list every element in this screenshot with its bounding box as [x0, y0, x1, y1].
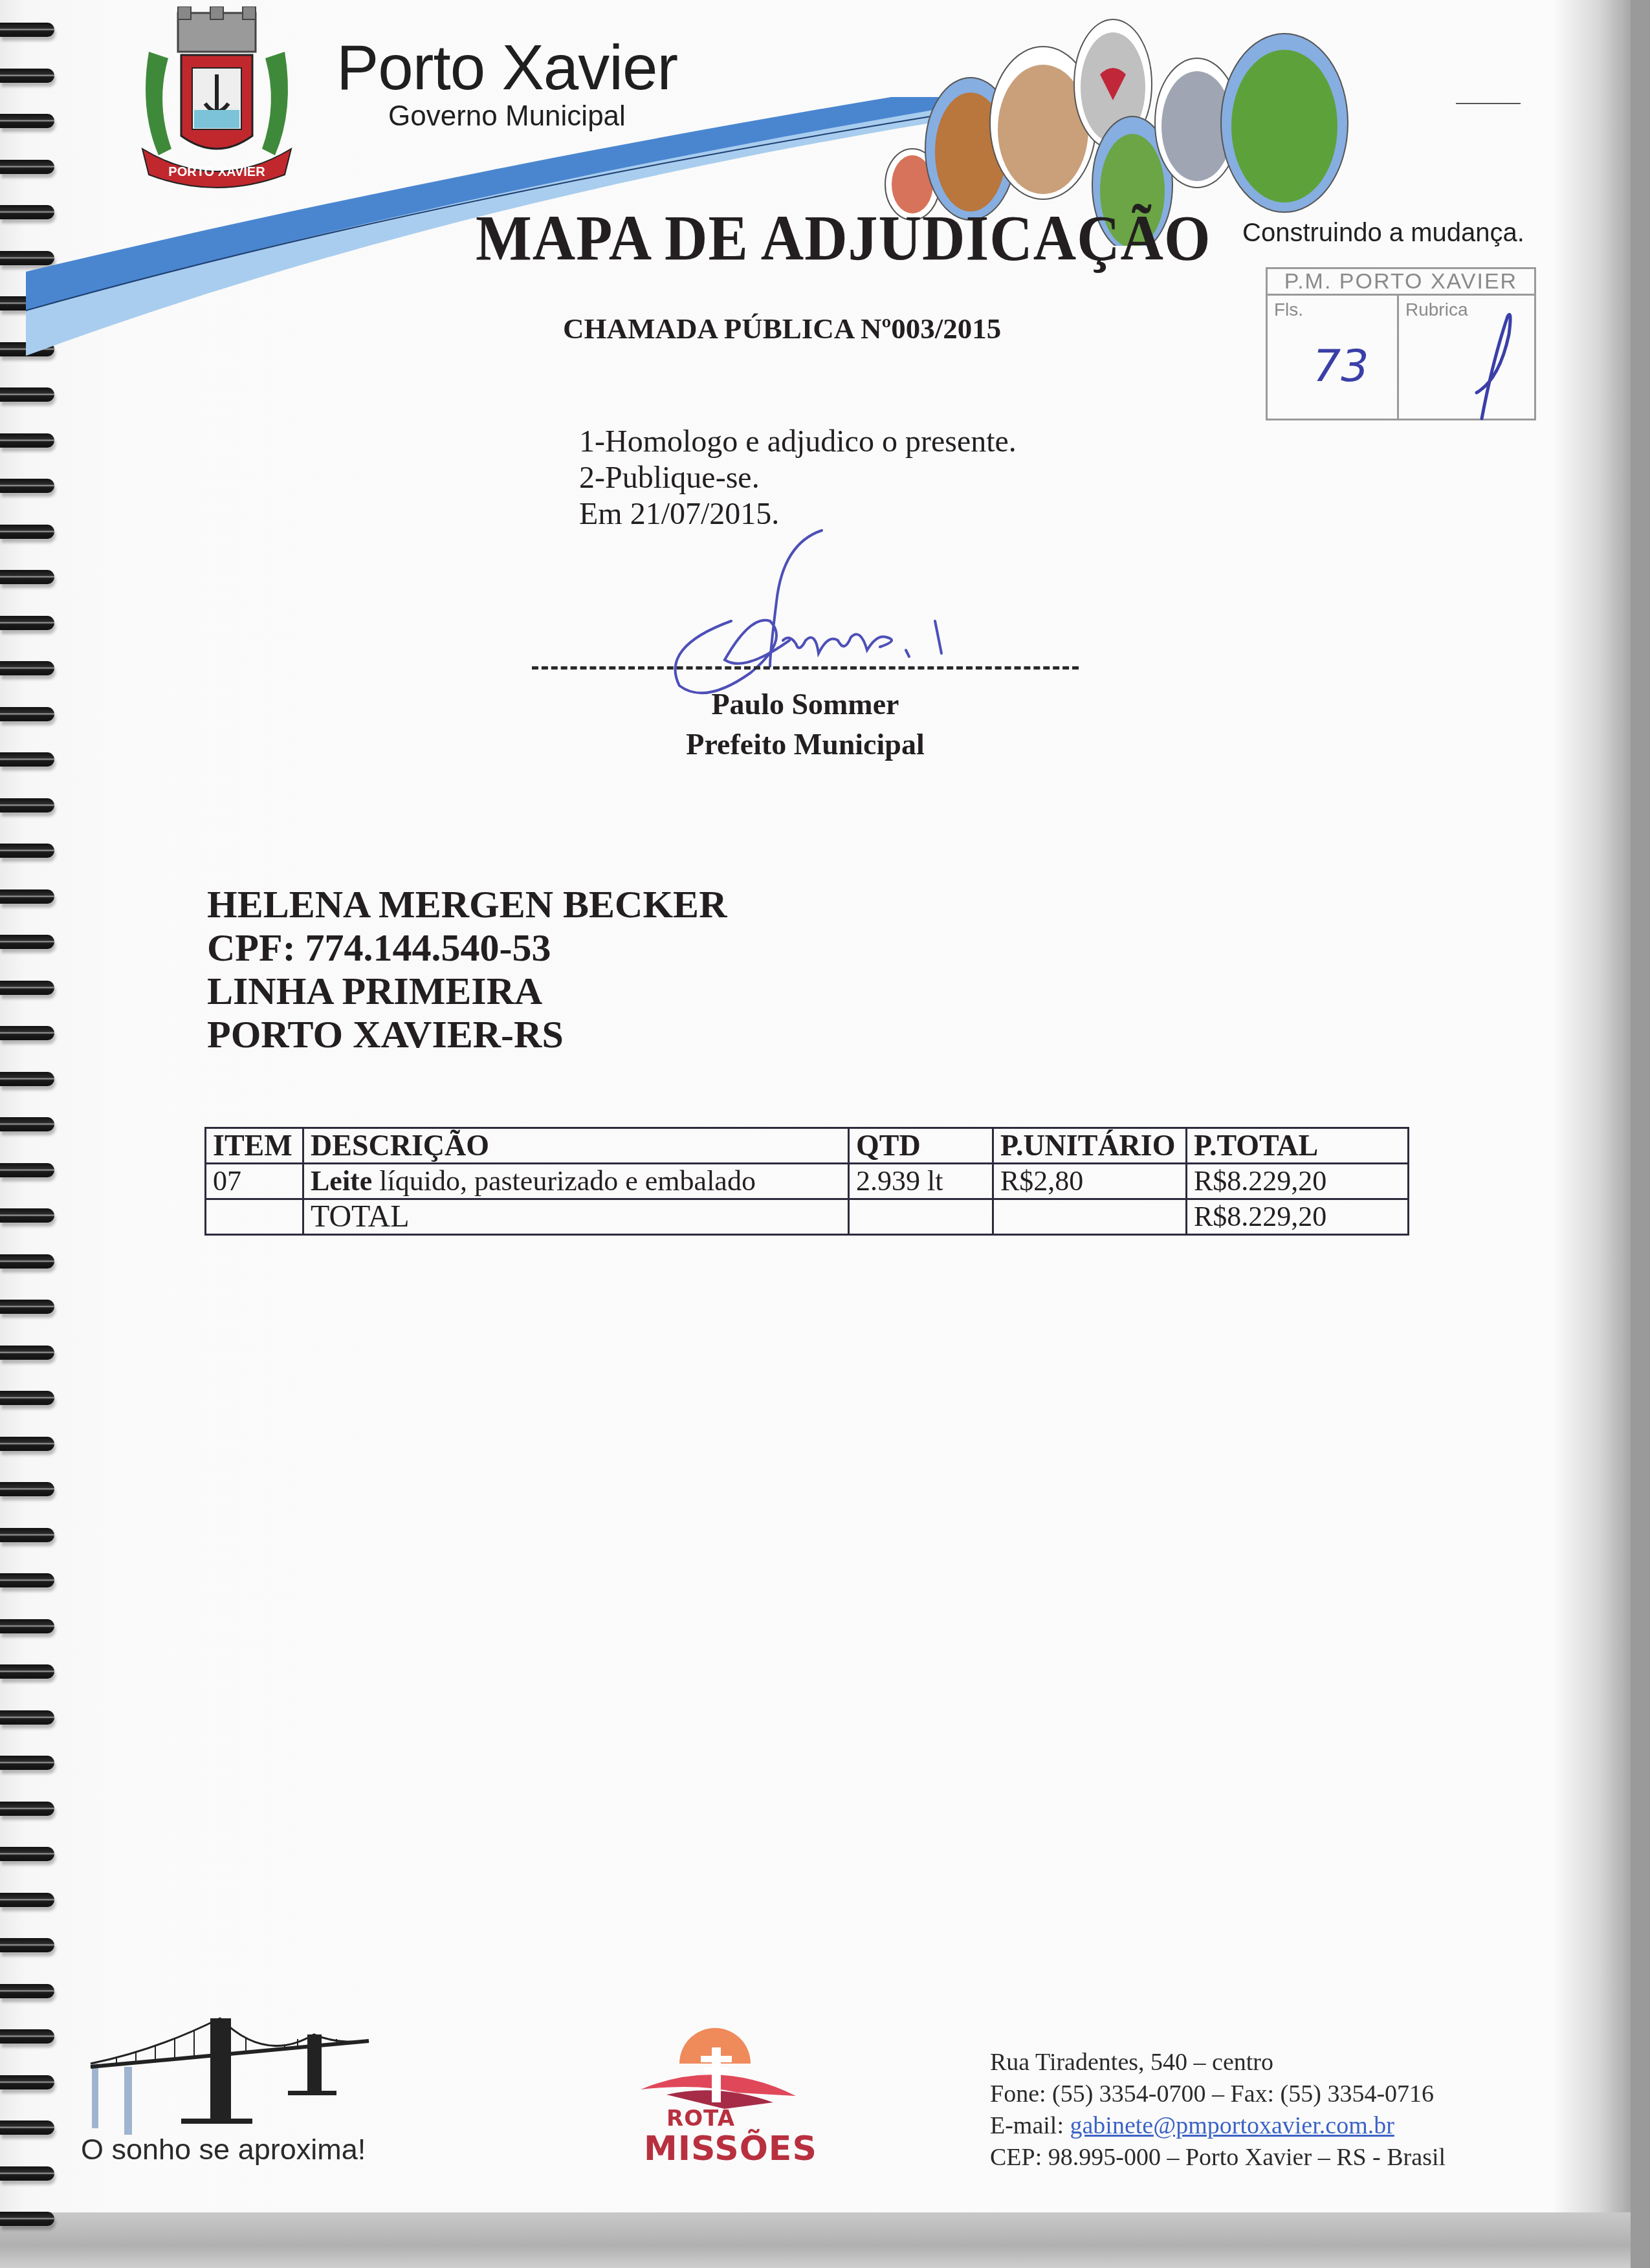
col-description: DESCRIÇÃO — [303, 1128, 849, 1164]
address-phone-fax: Fone: (55) 3354-0700 – Fax: (55) 3354-07… — [990, 2078, 1446, 2110]
cell-grand-total: R$8.229,20 — [1187, 1199, 1409, 1235]
spiral-ring — [0, 1117, 54, 1131]
spiral-ring — [0, 1528, 54, 1542]
spiral-ring — [0, 1573, 54, 1587]
rota-logo-text: ROTA — [666, 2106, 735, 2132]
cell-unit-empty — [993, 1199, 1187, 1235]
spiral-ring — [0, 1756, 54, 1770]
spiral-ring — [0, 1482, 54, 1496]
spiral-ring — [0, 844, 54, 858]
contact-address-block: Rua Tiradentes, 540 – centro Fone: (55) … — [990, 2047, 1446, 2174]
spiral-ring — [0, 1619, 54, 1633]
signer-name: Paulo Sommer — [532, 684, 1079, 725]
cell-item-empty — [206, 1199, 303, 1235]
stamp-header: P.M. PORTO XAVIER — [1268, 269, 1534, 296]
cell-description-bold: Leite — [311, 1165, 372, 1197]
slogan: Construindo a mudança. — [1242, 219, 1524, 248]
supplier-cpf: CPF: 774.144.540-53 — [207, 926, 727, 970]
stamp-page-label: Fls. — [1274, 300, 1303, 320]
spiral-ring — [0, 69, 54, 83]
spiral-ring — [0, 1664, 54, 1679]
col-quantity: QTD — [849, 1128, 993, 1164]
page-edge-shadow — [0, 2212, 1650, 2268]
spiral-ring — [0, 2166, 54, 2181]
spiral-ring — [0, 570, 54, 584]
email-label: E-mail: — [990, 2112, 1070, 2139]
spiral-ring — [0, 2121, 54, 2135]
spiral-ring — [0, 1391, 54, 1405]
signer-role: Prefeito Municipal — [532, 725, 1079, 765]
spiral-ring — [0, 1072, 54, 1086]
spiral-ring — [0, 616, 54, 630]
spiral-ring — [0, 1163, 54, 1177]
address-street: Rua Tiradentes, 540 – centro — [990, 2047, 1446, 2078]
supplier-block: HELENA MERGEN BECKER CPF: 774.144.540-53… — [207, 883, 727, 1056]
page-right-edge — [1631, 0, 1650, 2268]
signature-line — [532, 666, 1079, 670]
spiral-ring — [0, 2029, 54, 2044]
spiral-ring — [0, 1893, 54, 1907]
spiral-ring — [0, 981, 54, 995]
mayor-signature-icon — [621, 505, 1074, 712]
spiral-ring — [0, 1346, 54, 1360]
spiral-ring — [0, 1437, 54, 1451]
col-item: ITEM — [206, 1128, 303, 1164]
cell-total-price: R$8.229,20 — [1187, 1164, 1409, 1199]
cell-unit-price: R$2,80 — [993, 1164, 1187, 1199]
spiral-ring — [0, 1710, 54, 1725]
spiral-ring — [0, 661, 54, 675]
col-unit-price: P.UNITÁRIO — [993, 1128, 1187, 1164]
spiral-ring — [0, 23, 54, 37]
cell-quantity-empty — [849, 1199, 993, 1235]
bridge-icon — [65, 1999, 427, 2148]
address-cep: CEP: 98.995-000 – Porto Xavier – RS - Br… — [990, 2142, 1446, 2174]
address-email-line: E-mail: gabinete@pmportoxavier.com.br — [990, 2110, 1446, 2142]
homologation-line: 2-Publique-se. — [579, 460, 1017, 496]
page-stamp: P.M. PORTO XAVIER Fls. 73 Rubrica — [1266, 267, 1536, 420]
spiral-ring — [0, 2212, 54, 2226]
document-title: MAPA DE ADJUDICAÇÃO — [476, 206, 1211, 270]
cell-quantity: 2.939 lt — [849, 1164, 993, 1199]
col-total-price: P.TOTAL — [1187, 1128, 1409, 1164]
spiral-ring — [0, 525, 54, 539]
spiral-ring — [0, 1254, 54, 1269]
stamp-rubric-cell: Rubrica — [1399, 296, 1534, 420]
svg-text:PORTO XAVIER: PORTO XAVIER — [168, 165, 265, 179]
stamp-page-cell: Fls. 73 — [1268, 296, 1399, 420]
table-row: 07 Leite líquido, pasteurizado e embalad… — [206, 1164, 1409, 1199]
spiral-ring — [0, 1300, 54, 1314]
homologation-line: 1-Homologo e adjudico o presente. — [579, 424, 1017, 460]
table-total-row: TOTAL R$8.229,20 — [206, 1199, 1409, 1235]
adjudication-table: ITEM DESCRIÇÃO QTD P.UNITÁRIO P.TOTAL 07… — [204, 1127, 1409, 1236]
email-link[interactable]: gabinete@pmportoxavier.com.br — [1070, 2112, 1394, 2139]
spiral-ring — [0, 1208, 54, 1223]
cell-description: Leite líquido, pasteurizado e embalado — [303, 1164, 849, 1199]
spiral-ring — [0, 1984, 54, 1998]
brand-title: Porto Xavier — [336, 36, 677, 99]
spiral-ring — [0, 433, 54, 448]
document-subtitle: CHAMADA PÚBLICA Nº003/2015 — [563, 314, 1001, 343]
rubric-signature-icon — [1431, 309, 1535, 425]
spiral-ring — [0, 479, 54, 493]
municipal-crest-icon: PORTO XAVIER — [133, 6, 301, 201]
spiral-ring — [0, 798, 54, 812]
spiral-ring — [0, 2075, 54, 2089]
missoes-logo-text: MISSÕES — [644, 2130, 817, 2168]
brand-subtitle: Governo Municipal — [388, 102, 626, 131]
supplier-locality: LINHA PRIMEIRA — [207, 970, 727, 1013]
supplier-city: PORTO XAVIER-RS — [207, 1013, 727, 1056]
bridge-caption: O sonho se aproxima! — [81, 2133, 366, 2166]
signer-block: Paulo Sommer Prefeito Municipal — [532, 684, 1079, 765]
table-header-row: ITEM DESCRIÇÃO QTD P.UNITÁRIO P.TOTAL — [206, 1128, 1409, 1164]
spiral-ring — [0, 1802, 54, 1816]
cell-total-label: TOTAL — [303, 1199, 849, 1235]
spiral-ring — [0, 889, 54, 904]
spiral-ring — [0, 707, 54, 721]
spiral-ring — [0, 752, 54, 767]
spiral-ring — [0, 935, 54, 949]
supplier-name: HELENA MERGEN BECKER — [207, 883, 727, 926]
cell-description-rest: líquido, pasteurizado e embalado — [372, 1165, 756, 1197]
stamp-page-number: 73 — [1313, 341, 1369, 392]
spiral-ring — [0, 1026, 54, 1040]
spiral-ring — [0, 1938, 54, 1952]
spiral-ring — [0, 387, 54, 402]
spiral-ring — [0, 1847, 54, 1861]
cell-item: 07 — [206, 1164, 303, 1199]
